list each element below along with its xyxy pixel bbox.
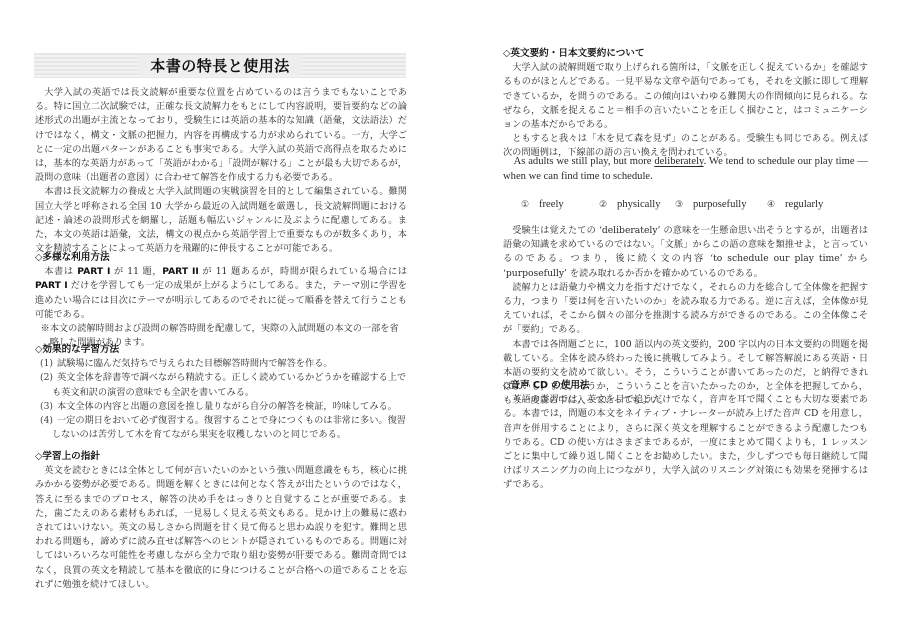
usage-paragraph: 本書は PART I が 11 題，PART II が 11 題あるが，時間が限…: [35, 265, 407, 322]
part1-label: PART I: [35, 280, 68, 291]
option-label: freely: [539, 199, 564, 210]
left-page: 本書の特長と使用法 大学入試の英語では長文読解が重要な位置を占めているのは言うま…: [0, 0, 450, 635]
cd-usage-heading: ◇音声 CD の使用法: [503, 379, 868, 393]
item-text: 一定の期日をおいて必ず復習する。復習することで身につくものは非常に多い。復習しな…: [52, 415, 406, 440]
guidelines-section: ◇学習上の指針 英文を読むときには全体として何が言いたいのかという強い問題意識を…: [35, 450, 407, 592]
guidelines-paragraph: 英文を読むときには全体として何が言いたいのかという強い問題意識をもち，核心に挑み…: [35, 464, 407, 592]
example-text: As adults we still play, but more: [514, 156, 655, 167]
effective-study-heading: ◇効果的な学習方法: [35, 343, 407, 357]
guidelines-heading: ◇学習上の指針: [35, 450, 407, 464]
option-4: ④regularly: [767, 197, 845, 212]
option-1: ①freely: [521, 197, 599, 212]
cd-usage-section: ◇音声 CD の使用法 英語の学習では，英文を目で追うだけでなく，音声を耳で聞く…: [503, 379, 868, 493]
option-number: ③: [675, 197, 693, 211]
example-question: As adults we still play, but more delibe…: [503, 155, 868, 184]
option-number: ①: [521, 197, 539, 211]
example-sentence: As adults we still play, but more delibe…: [503, 155, 868, 184]
right-page: ◇英文要約・日本文要約について 大学入試の読解問題で取り上げられる箇所は，「文脈…: [450, 0, 900, 635]
item-number: (4): [40, 414, 57, 428]
option-label: regularly: [785, 199, 823, 210]
underlined-word: deliberately: [654, 156, 703, 167]
intro-paragraph-2: 本書は長文読解力の養成と大学入試問題の実戦演習を目的として編集されている。難関国…: [35, 185, 407, 256]
item-number: (2): [40, 371, 57, 385]
item-text: 試験場に臨んだ気持ちで与えられた目標解答時間内で解答を作る。: [57, 358, 333, 369]
item-number: (3): [40, 400, 57, 414]
usage-text: が 11 題，: [110, 266, 162, 277]
usage-section: ◇多様な利用方法 本書は PART I が 11 題，PART II が 11 …: [35, 251, 407, 350]
item-number: (1): [40, 357, 57, 371]
option-2: ②physically: [599, 197, 675, 212]
option-label: physically: [617, 199, 661, 210]
usage-text: が 11 題あるが，時間が限られている場合には: [199, 266, 407, 277]
option-label: purposefully: [693, 199, 747, 210]
study-item: (2)英文全体を辞書等で調べながら精読する。正しく読めているかどうかを確認する上…: [35, 371, 407, 399]
title-banner: 本書の特長と使用法: [34, 53, 406, 78]
item-text: 本文全体の内容と出題の意図を推し量りながら自分の解答を検証，吟味してみる。: [57, 401, 397, 412]
study-item: (1)試験場に臨んだ気持ちで与えられた目標解答時間内で解答を作る。: [35, 357, 407, 371]
page-title: 本書の特長と使用法: [138, 55, 302, 76]
study-item: (4)一定の期日をおいて必ず復習する。復習することで身につくものは非常に多い。復…: [35, 414, 407, 442]
explanation-paragraph-1: 受験生は覚えたての ‘deliberately’ の意味を一生懸命思い出そうとす…: [503, 224, 868, 281]
usage-text: だけを学習しても一定の成果が上がるようにしてある。また，テーマ別に学習を進めたい…: [35, 280, 407, 319]
cd-usage-paragraph: 英語の学習では，英文を目で追うだけでなく，音声を耳で聞くことも大切な要素である。…: [503, 393, 868, 492]
summary-section: ◇英文要約・日本文要約について 大学入試の読解問題で取り上げられる箇所は，「文脈…: [503, 47, 868, 161]
part1-label: PART I: [77, 266, 110, 277]
option-number: ②: [599, 197, 617, 211]
effective-study-section: ◇効果的な学習方法 (1)試験場に臨んだ気持ちで与えられた目標解答時間内で解答を…: [35, 343, 407, 442]
summary-heading: ◇英文要約・日本文要約について: [503, 47, 868, 61]
option-number: ④: [767, 197, 785, 211]
intro-paragraph-1: 大学入試の英語では長文読解が重要な位置を占めているのは言うまでもないことである。…: [35, 86, 407, 185]
explanation-paragraph-2: 読解力とは語彙力や構文力を指すだけでなく，それらの力を総合して全体像を把握する力…: [503, 281, 868, 338]
intro-section: 大学入試の英語では長文読解が重要な位置を占めているのは言うまでもないことである。…: [35, 86, 407, 256]
usage-heading: ◇多様な利用方法: [35, 251, 407, 265]
part2-label: PART II: [162, 266, 199, 277]
usage-text: 本書は: [44, 266, 77, 277]
item-text: 英文全体を辞書等で調べながら精読する。正しく読めているかどうかを確認する上でも英…: [52, 372, 406, 397]
option-3: ③purposefully: [675, 197, 767, 212]
study-item: (3)本文全体の内容と出題の意図を推し量りながら自分の解答を検証，吟味してみる。: [35, 400, 407, 414]
answer-options: ①freely ②physically ③purposefully ④regul…: [503, 197, 868, 212]
summary-paragraph-1: 大学入試の読解問題で取り上げられる箇所は，「文脈を正しく捉えているか」を確認する…: [503, 61, 868, 132]
